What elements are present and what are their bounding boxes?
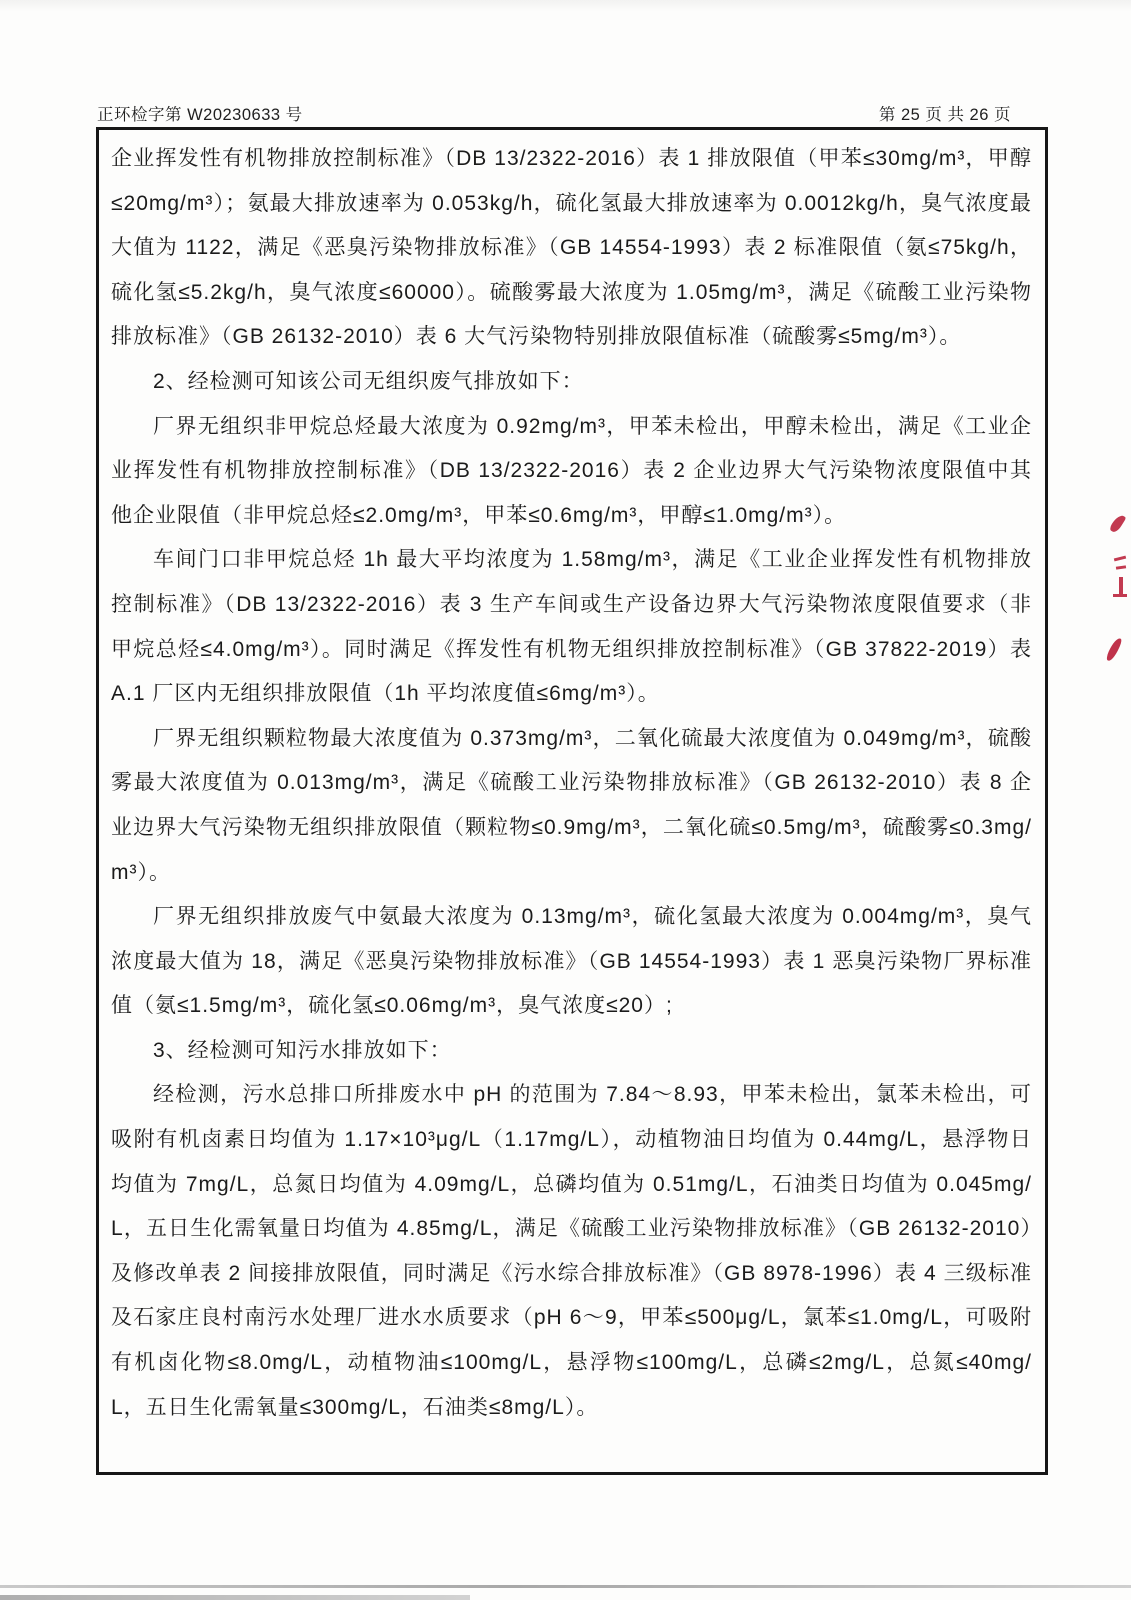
scan-edge-artifact-bottom — [0, 1585, 1131, 1588]
scan-edge-artifact-top — [0, 0, 1131, 12]
paragraph: 经检测，污水总排口所排废水中 pH 的范围为 7.84～8.93，甲苯未检出，氯… — [111, 1073, 1032, 1430]
paragraph: 2、经检测可知该公司无组织废气排放如下： — [111, 360, 1032, 405]
red-stamp-fragment — [1109, 513, 1127, 534]
scanned-document-page: 正环检字第 W20230633 号 第 25 页 共 26 页 企业挥发性有机物… — [0, 0, 1131, 1600]
page-indicator: 第 25 页 共 26 页 — [879, 101, 1011, 125]
paragraph: 厂界无组织排放废气中氨最大浓度为 0.13mg/m³，硫化氢最大浓度为 0.00… — [111, 895, 1032, 1029]
content-border-box: 企业挥发性有机物排放控制标准》（DB 13/2322-2016）表 1 排放限值… — [96, 127, 1048, 1475]
paragraph: 厂界无组织颗粒物最大浓度值为 0.373mg/m³，二氧化硫最大浓度值为 0.0… — [111, 717, 1032, 895]
paragraph-container: 企业挥发性有机物排放控制标准》（DB 13/2322-2016）表 1 排放限值… — [111, 137, 1032, 1430]
paragraph: 车间门口非甲烷总烃 1h 最大平均浓度为 1.58mg/m³，满足《工业企业挥发… — [111, 538, 1032, 716]
red-stamp-fragment — [1105, 636, 1122, 662]
red-stamp-fragment — [1113, 594, 1127, 597]
red-stamp-fragment — [1116, 565, 1126, 569]
red-stamp-fragment — [1114, 556, 1126, 562]
scan-edge-artifact-bottom-dark — [0, 1595, 470, 1600]
paragraph: 企业挥发性有机物排放控制标准》（DB 13/2322-2016）表 1 排放限值… — [111, 137, 1032, 360]
document-number: 正环检字第 W20230633 号 — [97, 101, 303, 125]
paragraph: 3、经检测可知污水排放如下： — [111, 1029, 1032, 1074]
paragraph: 厂界无组织非甲烷总烃最大浓度为 0.92mg/m³，甲苯未检出，甲醇未检出，满足… — [111, 405, 1032, 539]
